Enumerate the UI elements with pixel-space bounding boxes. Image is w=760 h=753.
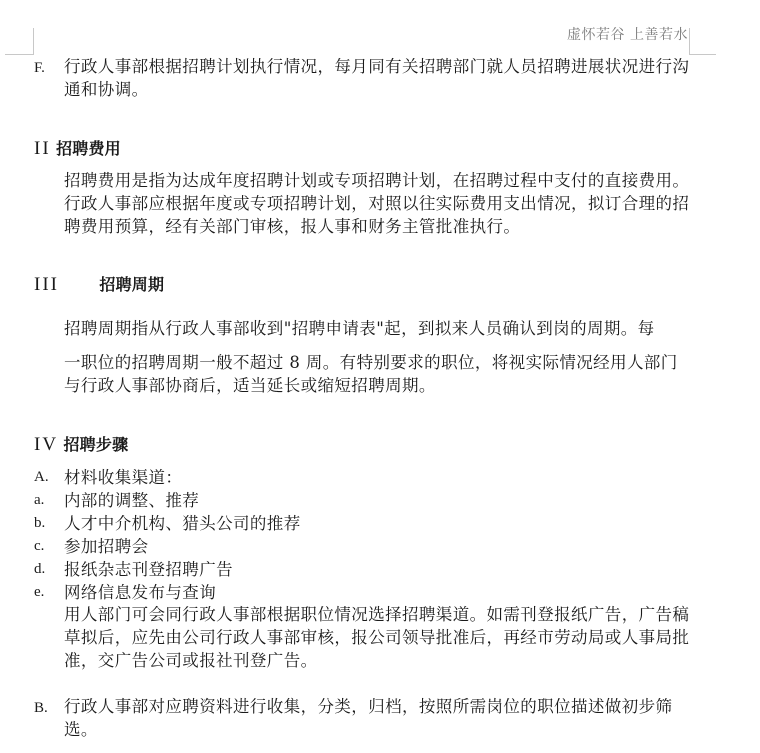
list-marker-f: F. xyxy=(34,57,45,80)
list-item-sub-c: c. 参加招聘会 xyxy=(0,535,700,558)
list-item-text: 内部的调整、推荐 xyxy=(64,489,199,512)
section-number: IV xyxy=(34,434,58,455)
section-heading-2: II 招聘费用 xyxy=(34,137,121,161)
list-item-sub-a: a. 内部的调整、推荐 xyxy=(0,489,700,512)
list-item-sub-b: b. 人才中介机构、猎头公司的推荐 xyxy=(0,512,700,535)
list-marker: d. xyxy=(34,558,45,581)
section-3-body-line1: 招聘周期指从行政人事部收到"招聘申请表"起，到拟来人员确认到岗的周期。每 xyxy=(64,317,694,340)
list-marker: e. xyxy=(34,581,44,604)
crop-mark-left-vertical xyxy=(33,28,34,54)
list-item-sub-e: e. 网络信息发布与查询 xyxy=(0,581,700,604)
list-item-text: 网络信息发布与查询 xyxy=(64,581,216,604)
list-item-text: 报纸杂志刊登招聘广告 xyxy=(64,558,233,581)
channel-note: 用人部门可会同行政人事部根据职位情况选择招聘渠道。如需刊登报纸广告，广告稿草拟后… xyxy=(64,603,694,672)
list-item-a: A. 材料收集渠道： xyxy=(0,466,700,489)
list-item-text: 参加招聘会 xyxy=(64,535,149,558)
list-marker: b. xyxy=(34,512,45,535)
section-title: 招聘步骤 xyxy=(63,435,128,454)
item-b-text: 行政人事部对应聘资料进行收集，分类，归档，按照所需岗位的职位描述做初步筛选。 xyxy=(64,695,694,741)
list-item-text: 人才中介机构、猎头公司的推荐 xyxy=(64,512,301,535)
section-3-body-rest: 一职位的招聘周期一般不超过 8 周。有特别要求的职位，将视实际情况经用人部门与行… xyxy=(64,351,694,397)
section-heading-3: III 招聘周期 xyxy=(34,273,164,297)
list-item-text: 材料收集渠道： xyxy=(64,466,182,489)
section-heading-4: IV 招聘步骤 xyxy=(34,433,128,457)
list-marker: c. xyxy=(34,535,44,558)
crop-mark-left-horizontal xyxy=(5,54,34,55)
section-title: 招聘周期 xyxy=(99,275,164,294)
page-header: 虚怀若谷 上善若水 xyxy=(567,24,688,44)
section-number: III xyxy=(34,273,94,297)
list-marker: A. xyxy=(34,466,49,489)
list-marker: a. xyxy=(34,489,44,512)
list-item-sub-d: d. 报纸杂志刊登招聘广告 xyxy=(0,558,700,581)
section-title: 招聘费用 xyxy=(56,139,121,158)
crop-mark-right-vertical xyxy=(689,28,690,54)
item-f-text: 行政人事部根据招聘计划执行情况，每月同有关招聘部门就人员招聘进展状况进行沟通和协… xyxy=(64,55,694,101)
list-marker-b: B. xyxy=(34,697,48,720)
section-2-body: 招聘费用是指为达成年度招聘计划或专项招聘计划，在招聘过程中支付的直接费用。行政人… xyxy=(64,169,694,238)
section-number: II xyxy=(34,138,51,159)
